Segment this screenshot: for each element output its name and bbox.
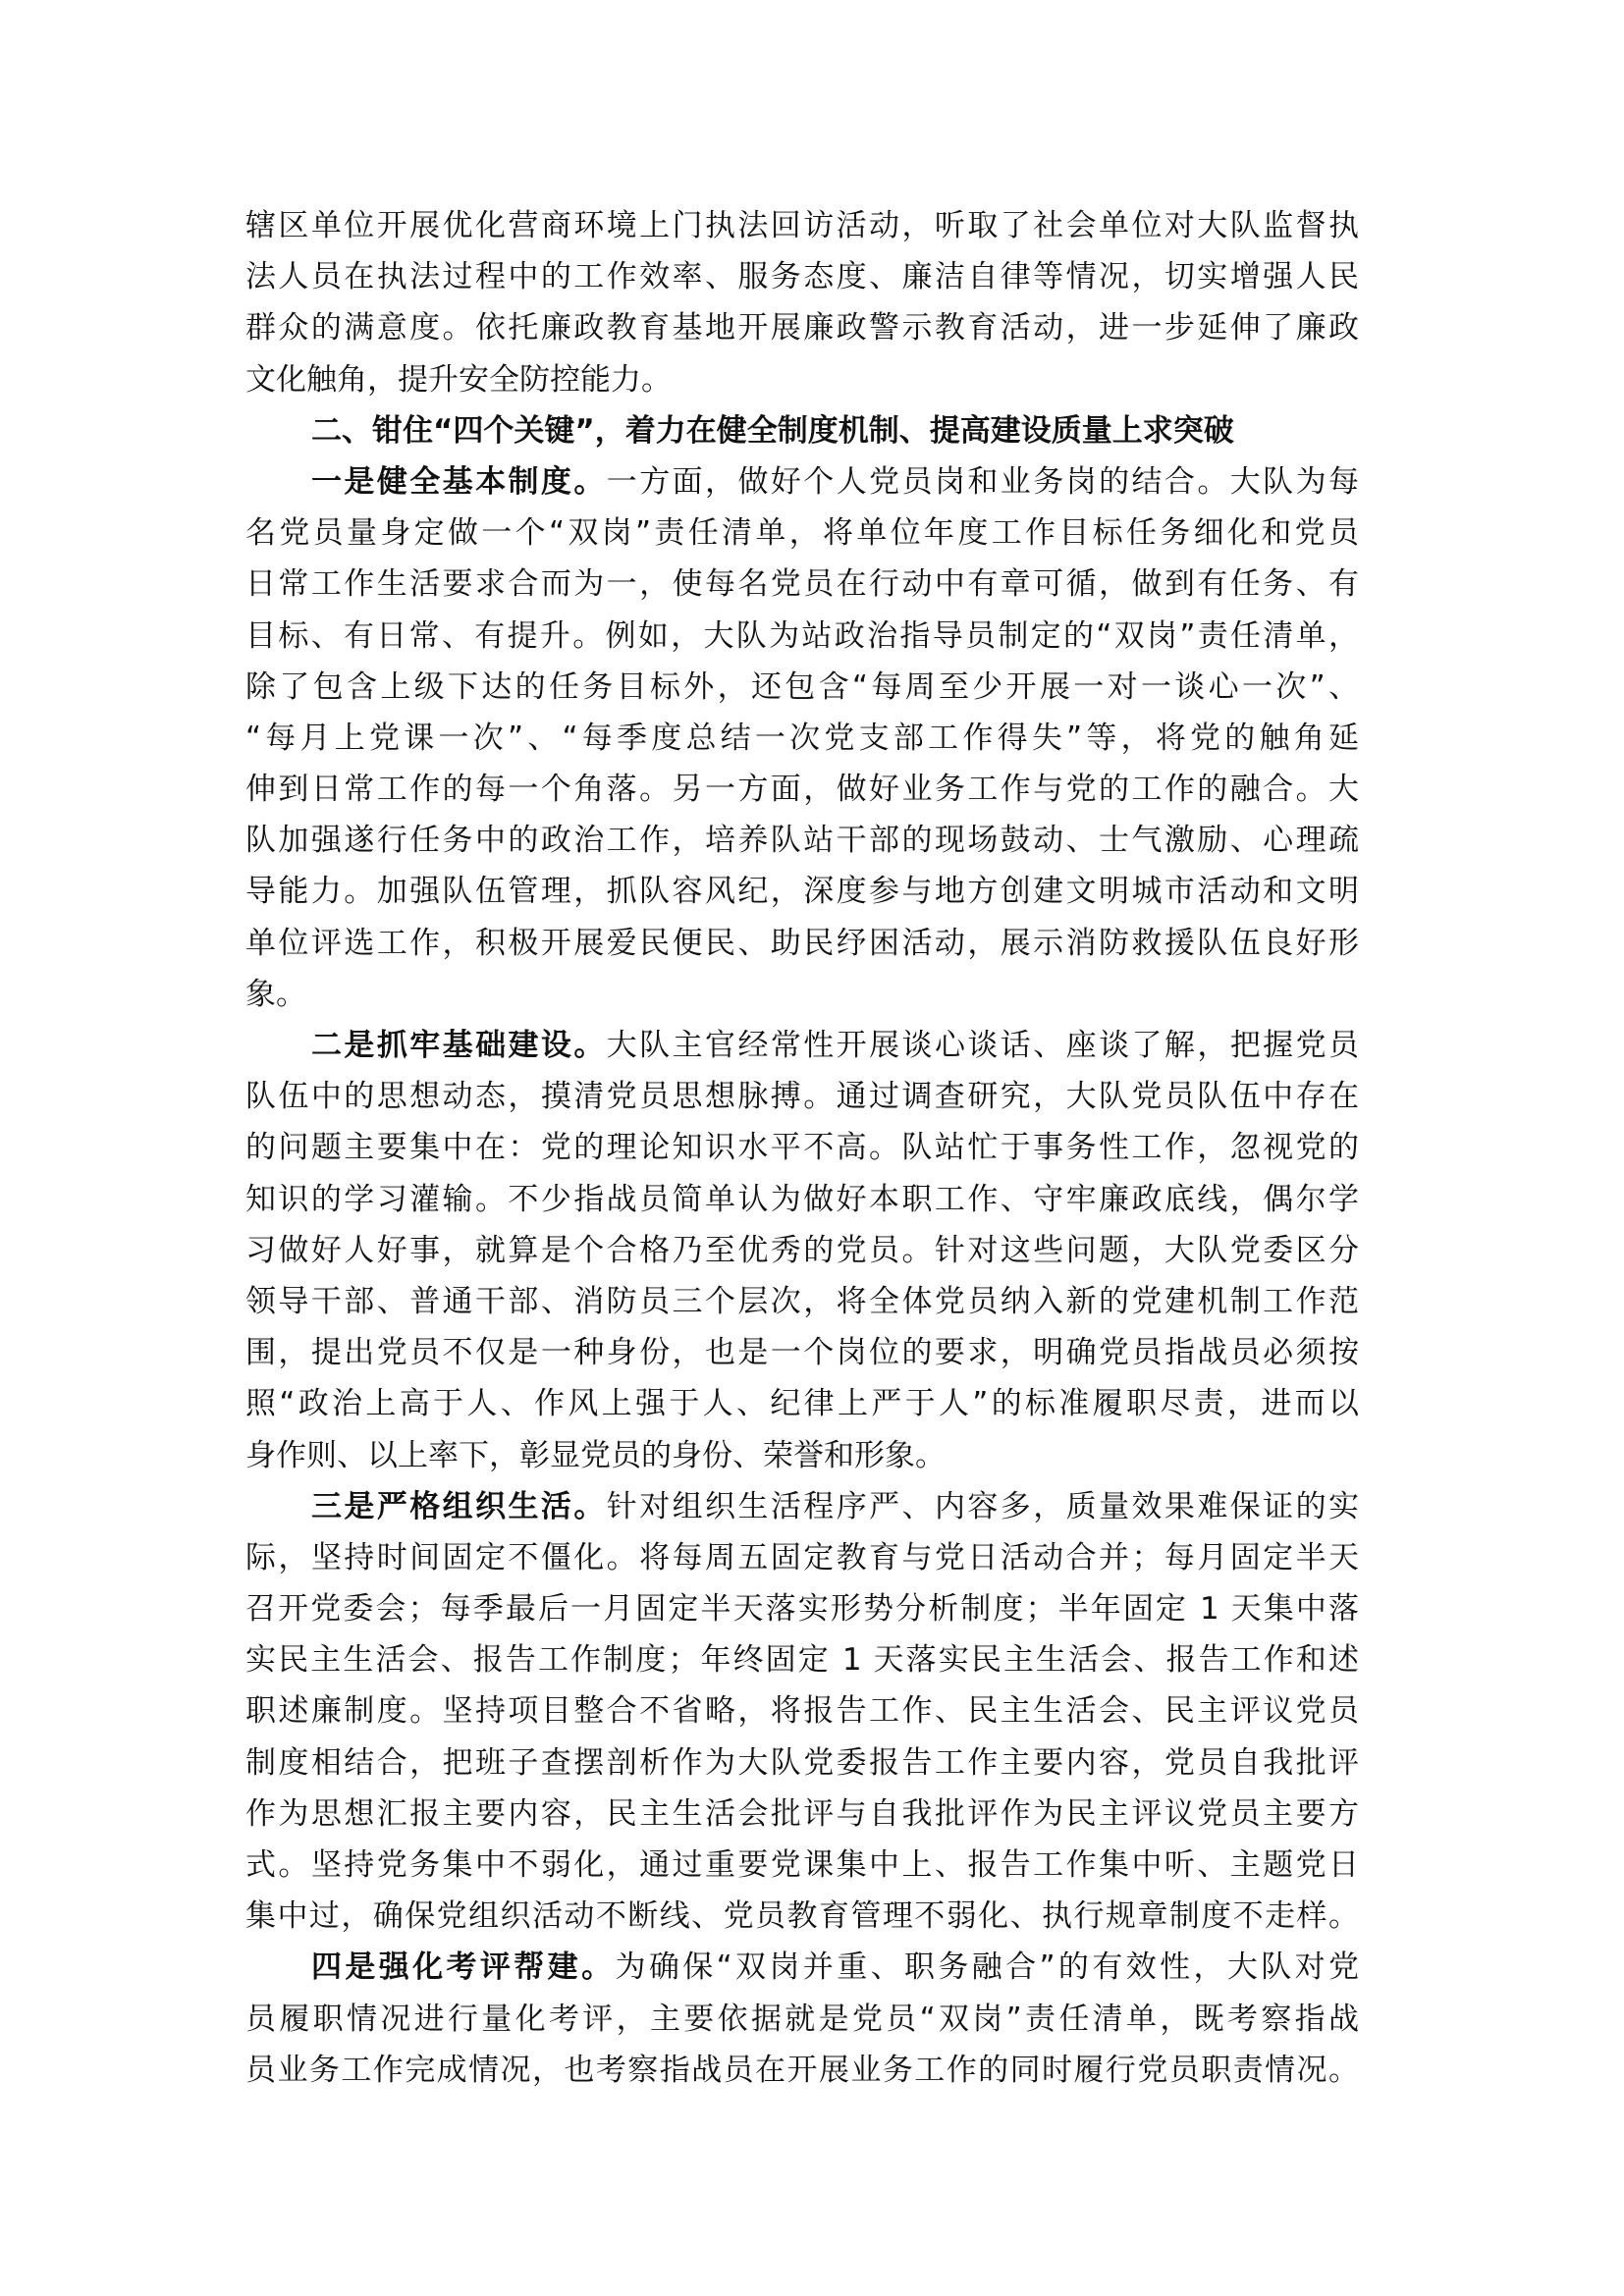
text-line: 召开党委会；每季最后一月固定半天落实形势分析制度；半年固定 1 天集中落 bbox=[245, 1583, 1359, 1634]
text-line: 领导干部、普通干部、消防员三个层次，将全体党员纳入新的党建机制工作范 bbox=[245, 1276, 1359, 1327]
text-line: 象。 bbox=[245, 969, 1359, 1020]
text-line: 际，坚持时间固定不僵化。将每周五固定教育与党日活动合并；每月固定半天 bbox=[245, 1532, 1359, 1583]
text-line: 队伍中的思想动态，摸清党员思想脉搏。通过调查研究，大队党员队伍中存在 bbox=[245, 1071, 1359, 1122]
text-span: 为确保“双岗并重、职务融合”的有效性，大队对党 bbox=[615, 1949, 1359, 1985]
text-line: 四是强化考评帮建。为确保“双岗并重、职务融合”的有效性，大队对党 bbox=[245, 1942, 1359, 1993]
text-line: “每月上党课一次”、“每季度总结一次党支部工作得失”等，将党的触角延 bbox=[245, 713, 1359, 764]
text-line: 员履职情况进行量化考评，主要依据就是党员“双岗”责任清单，既考察指战 bbox=[245, 1994, 1359, 2045]
paragraph-org-life: 三是严格组织生活。针对组织生活程序严、内容多，质量效果难保证的实 际，坚持时间固… bbox=[245, 1481, 1359, 1943]
text-line: 文化触角，提升安全防控能力。 bbox=[245, 354, 1359, 405]
paragraph-intro: 辖区单位开展优化营商环境上门执法回访活动，听取了社会单位对大队监督执 法人员在执… bbox=[245, 200, 1359, 405]
text-line: 除了包含上级下达的任务目标外，还包含“每周至少开展一对一谈心一次”、 bbox=[245, 662, 1359, 713]
text-line: 围，提出党员不仅是一种身份，也是一个岗位的要求，明确党员指战员必须按 bbox=[245, 1327, 1359, 1378]
text-line: 辖区单位开展优化营商环境上门执法回访活动，听取了社会单位对大队监督执 bbox=[245, 200, 1359, 251]
text-line: 日常工作生活要求合而为一，使每名党员在行动中有章可循，做到有任务、有 bbox=[245, 559, 1359, 610]
text-line: 实民主生活会、报告工作制度；年终固定 1 天落实民主生活会、报告工作和述 bbox=[245, 1634, 1359, 1685]
text-line: 职述廉制度。坚持项目整合不省略，将报告工作、民主生活会、民主评议党员 bbox=[245, 1685, 1359, 1736]
text-line: 群众的满意度。依托廉政教育基地开展廉政警示教育活动，进一步延伸了廉政 bbox=[245, 302, 1359, 353]
text-line: 单位评选工作，积极开展爱民便民、助民纾困活动，展示消防救援队伍良好形 bbox=[245, 918, 1359, 969]
text-span: 针对组织生活程序严、内容多，质量效果难保证的实 bbox=[607, 1489, 1359, 1524]
text-line: 名党员量身定做一个“双岗”责任清单，将单位年度工作目标任务细化和党员 bbox=[245, 507, 1359, 559]
text-line: 目标、有日常、有提升。例如，大队为站政治指导员制定的“双岗”责任清单， bbox=[245, 611, 1359, 662]
text-span: 一方面，做好个人党员岗和业务岗的结合。大队为每 bbox=[607, 464, 1359, 500]
paragraph-lead: 二是抓牢基础建设。 bbox=[311, 1028, 607, 1063]
text-line: 伸到日常工作的每一个角落。另一方面，做好业务工作与党的工作的融合。大 bbox=[245, 764, 1359, 815]
paragraph-evaluation: 四是强化考评帮建。为确保“双岗并重、职务融合”的有效性，大队对党 员履职情况进行… bbox=[245, 1942, 1359, 2096]
text-line: 三是严格组织生活。针对组织生活程序严、内容多，质量效果难保证的实 bbox=[245, 1481, 1359, 1532]
paragraph-lead: 一是健全基本制度。 bbox=[311, 464, 607, 500]
paragraph-lead: 四是强化考评帮建。 bbox=[311, 1949, 615, 1985]
text-line: 知识的学习灌输。不少指战员简单认为做好本职工作、守牢廉政底线，偶尔学 bbox=[245, 1174, 1359, 1225]
section-heading: 二、钳住“四个关键”，着力在健全制度机制、提高建设质量上求突破 bbox=[245, 405, 1359, 456]
paragraph-foundation: 二是抓牢基础建设。大队主官经常性开展谈心谈话、座谈了解，把握党员 队伍中的思想动… bbox=[245, 1020, 1359, 1481]
text-line: 集中过，确保党组织活动不断线、党员教育管理不弱化、执行规章制度不走样。 bbox=[245, 1891, 1359, 1942]
paragraph-basic-system: 一是健全基本制度。一方面，做好个人党员岗和业务岗的结合。大队为每 名党员量身定做… bbox=[245, 456, 1359, 1020]
text-line: 身作则、以上率下，彰显党员的身份、荣誉和形象。 bbox=[245, 1430, 1359, 1481]
text-line: 制度相结合，把班子查摆剖析作为大队党委报告工作主要内容，党员自我批评 bbox=[245, 1737, 1359, 1789]
text-line: 二是抓牢基础建设。大队主官经常性开展谈心谈话、座谈了解，把握党员 bbox=[245, 1020, 1359, 1071]
text-line: 照“政治上高于人、作风上强于人、纪律上严于人”的标准履职尽责，进而以 bbox=[245, 1378, 1359, 1429]
text-line: 员业务工作完成情况，也考察指战员在开展业务工作的同时履行党员职责情况。 bbox=[245, 2045, 1359, 2096]
text-line: 的问题主要集中在：党的理论知识水平不高。队站忙于事务性工作，忽视党的 bbox=[245, 1122, 1359, 1173]
paragraph-lead: 三是严格组织生活。 bbox=[311, 1489, 607, 1524]
document-page: 辖区单位开展优化营商环境上门执法回访活动，听取了社会单位对大队监督执 法人员在执… bbox=[245, 200, 1359, 2096]
text-line: 队加强遂行任务中的政治工作，培养队站干部的现场鼓动、士气激励、心理疏 bbox=[245, 815, 1359, 866]
text-line: 一是健全基本制度。一方面，做好个人党员岗和业务岗的结合。大队为每 bbox=[245, 456, 1359, 507]
text-line: 作为思想汇报主要内容，民主生活会批评与自我批评作为民主评议党员主要方 bbox=[245, 1789, 1359, 1840]
text-line: 导能力。加强队伍管理，抓队容风纪，深度参与地方创建文明城市活动和文明 bbox=[245, 866, 1359, 917]
text-line: 习做好人好事，就算是个合格乃至优秀的党员。针对这些问题，大队党委区分 bbox=[245, 1225, 1359, 1276]
text-line: 式。坚持党务集中不弱化，通过重要党课集中上、报告工作集中听、主题党日 bbox=[245, 1840, 1359, 1891]
text-span: 大队主官经常性开展谈心谈话、座谈了解，把握党员 bbox=[607, 1028, 1359, 1063]
text-line: 法人员在执法过程中的工作效率、服务态度、廉洁自律等情况，切实增强人民 bbox=[245, 251, 1359, 302]
